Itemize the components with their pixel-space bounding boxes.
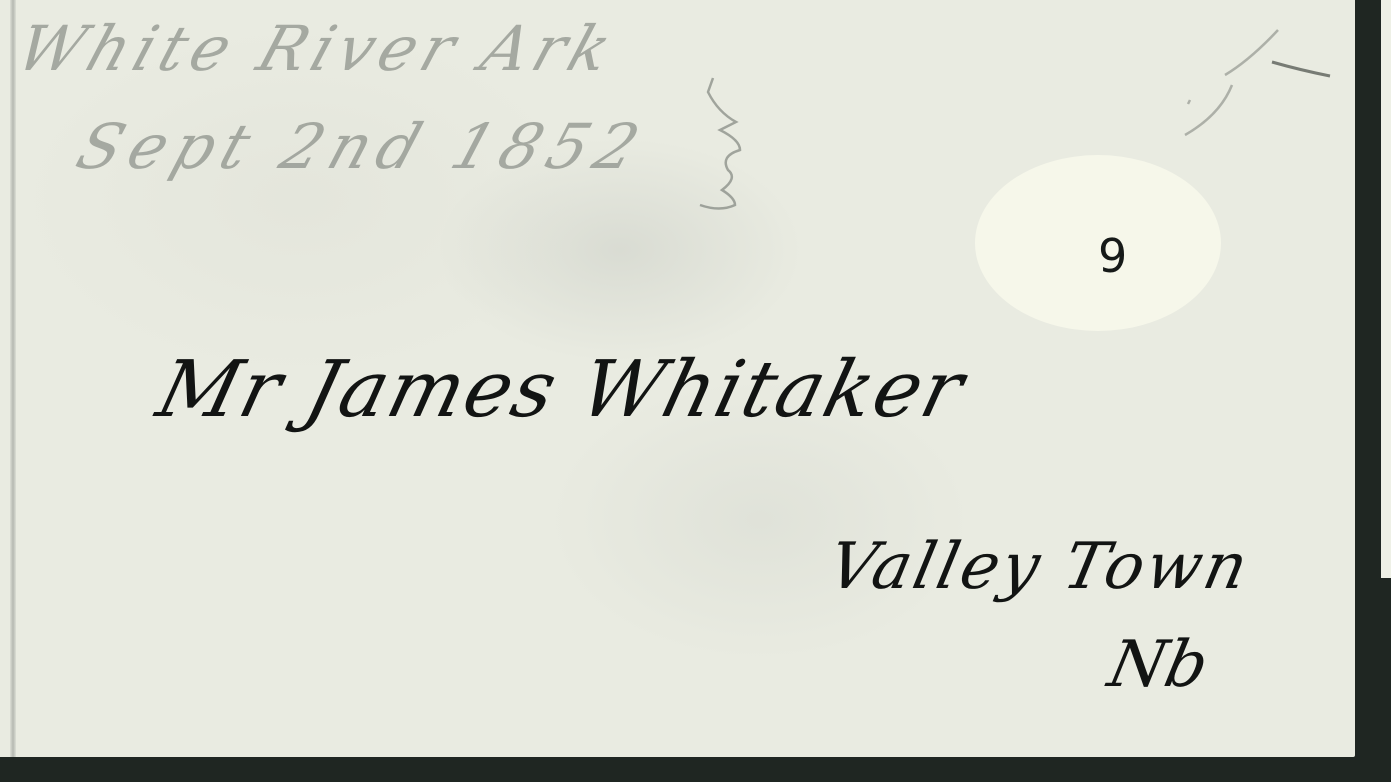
envelope: White River Ark Sept 2nd 1852 9 Mr James… [0, 0, 1355, 757]
catalog-number: 9 [1098, 228, 1127, 284]
address-state: Nb [1102, 628, 1215, 702]
scanned-envelope-image: White River Ark Sept 2nd 1852 9 Mr James… [0, 0, 1391, 782]
mount-edge [1381, 0, 1391, 578]
addressee-name: Mr James Whitaker [149, 345, 974, 435]
address-town: Valley Town [822, 530, 1257, 604]
